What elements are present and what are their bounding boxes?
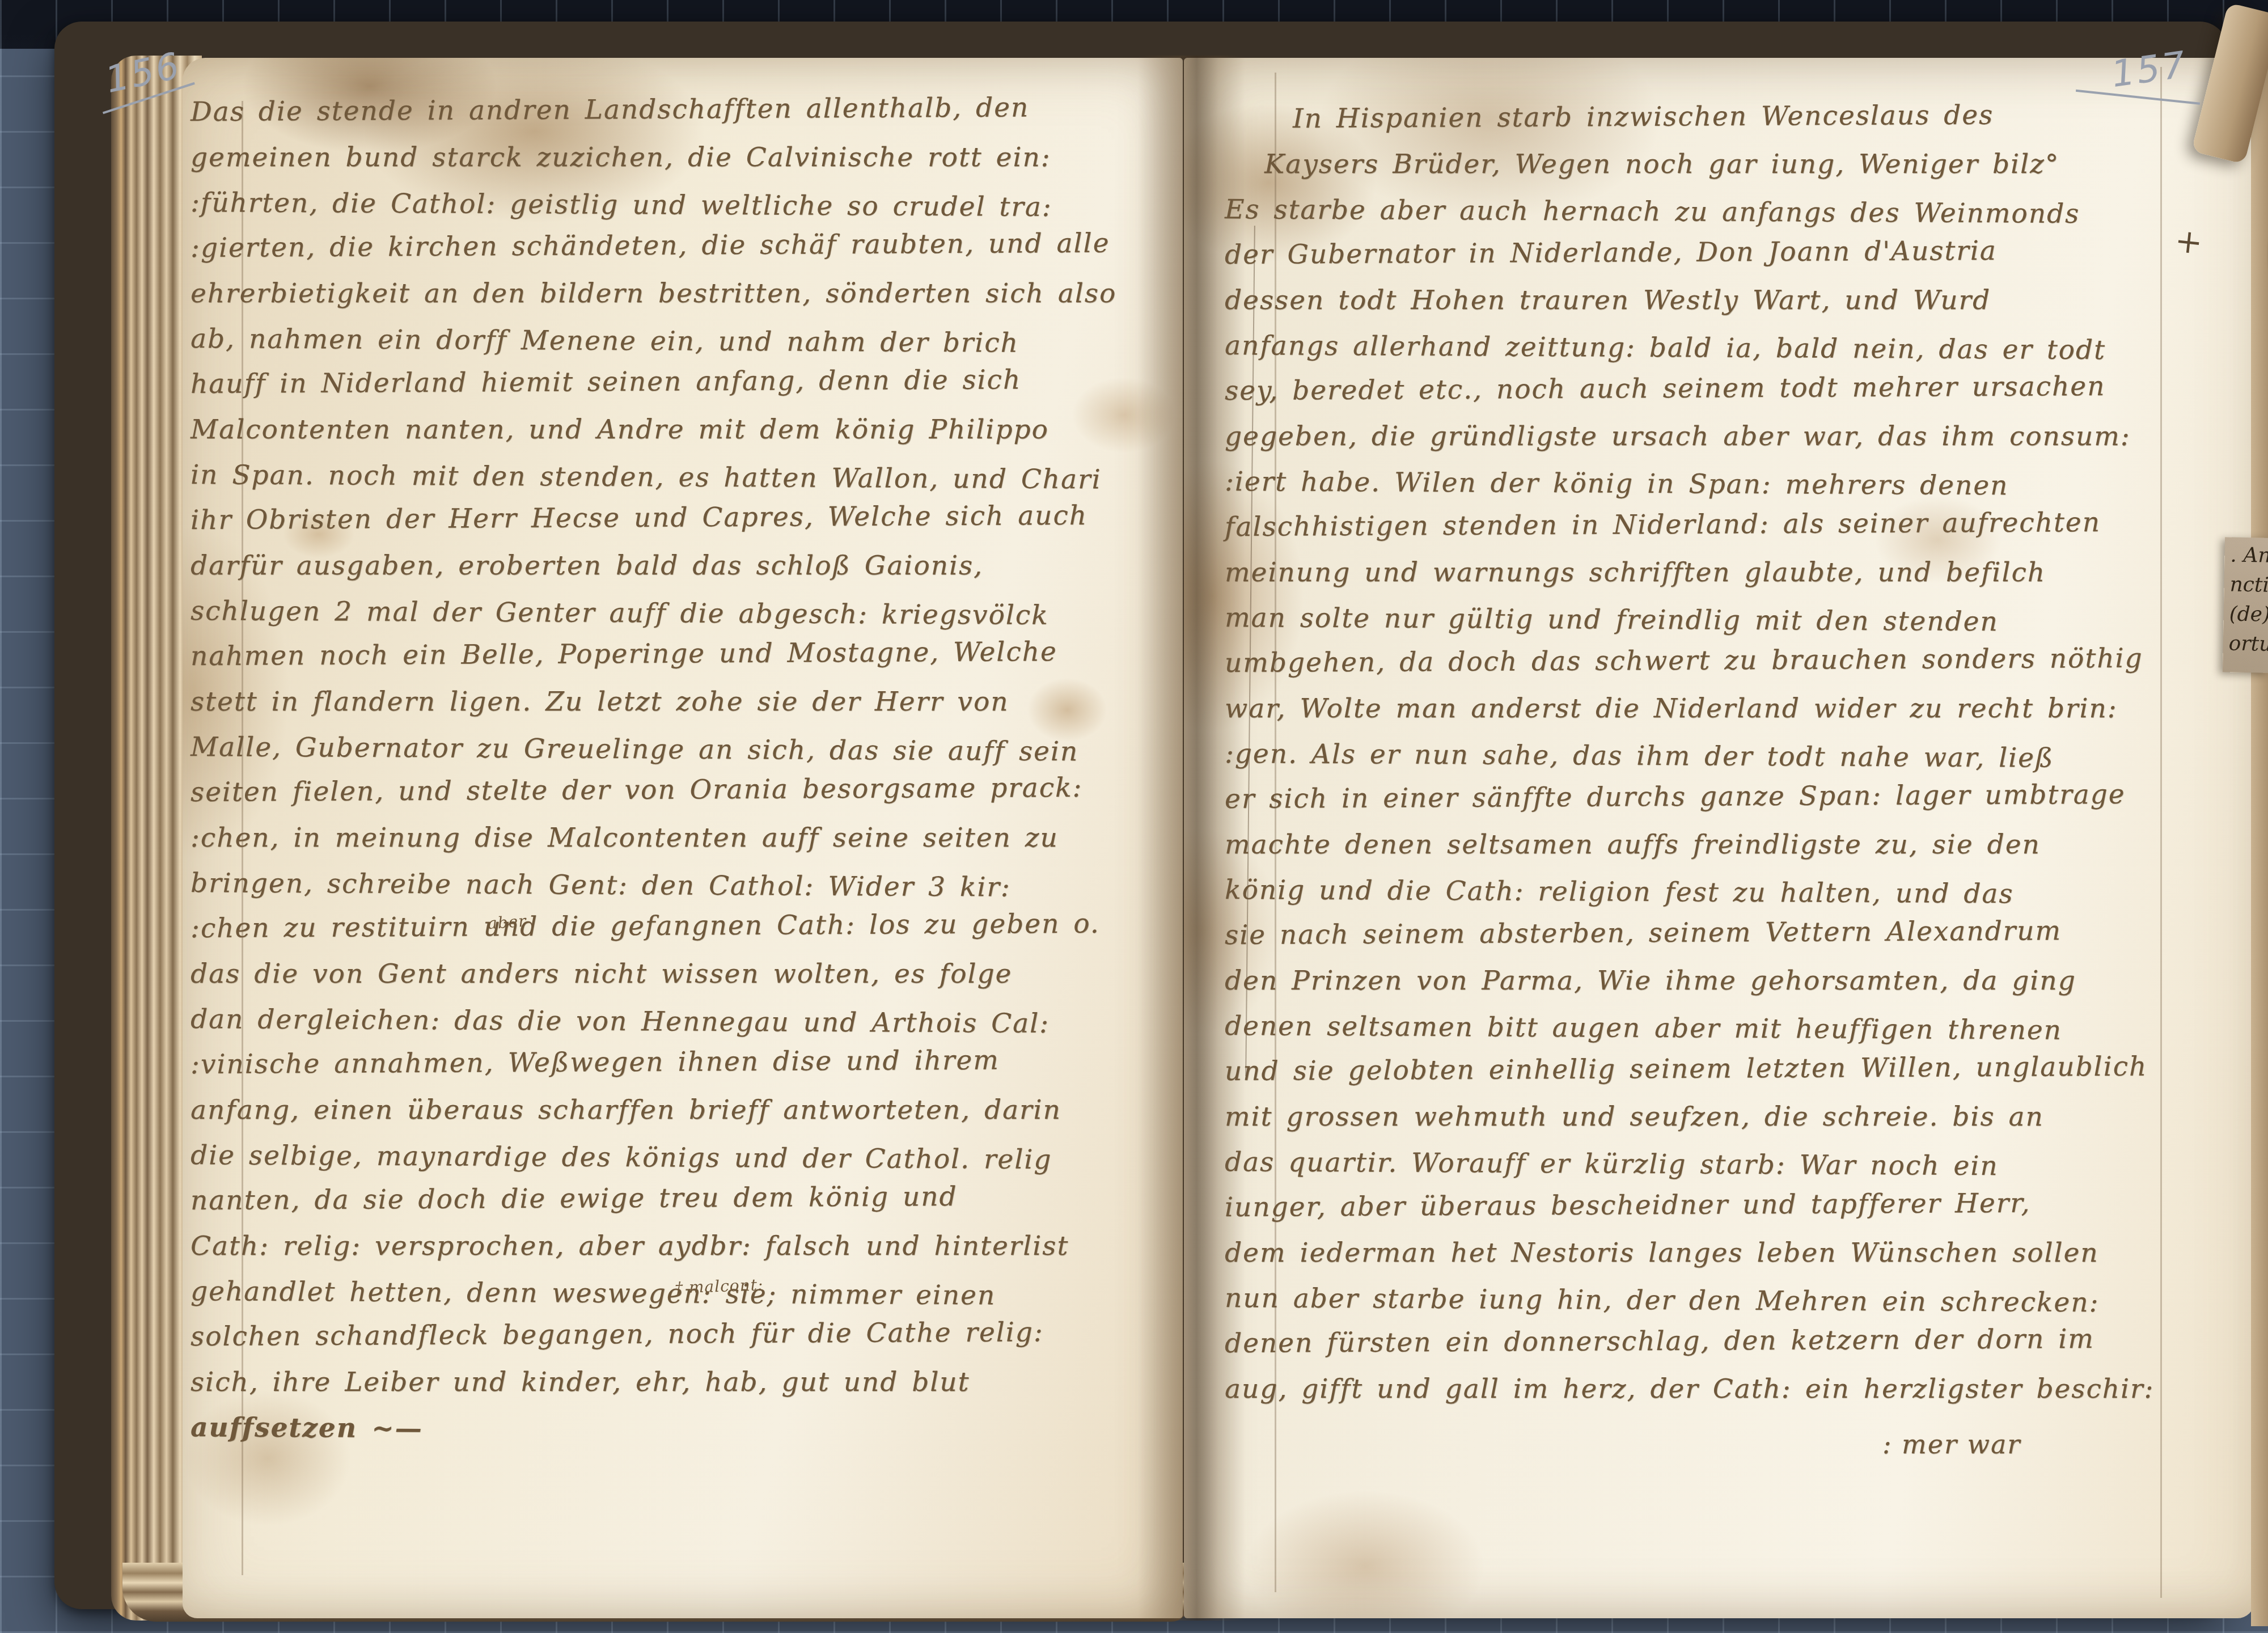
manuscript-line: iunger, aber überaus bescheidner und tap… xyxy=(1225,1180,2189,1230)
manuscript-line: sey, beredet etc., noch auch seinem todt… xyxy=(1225,363,2189,414)
manuscript-line: Das die stende in andren Landschafften a… xyxy=(191,84,1124,135)
tab-text-line: ncti xyxy=(2229,570,2268,600)
manuscript-line: Cath: relig: versprochen, aber aydbr: fa… xyxy=(191,1224,1124,1269)
manuscript-line: umbgehen, da doch das schwert zu brauche… xyxy=(1225,636,2189,686)
manuscript-text-left: Das die stende in andren Landschafften a… xyxy=(191,90,1124,1450)
manuscript-text-right: In Hispanien starb inzwischen Wenceslaus… xyxy=(1225,96,2189,1412)
manuscript-line: denen fürsten ein donnerschlag, den ketz… xyxy=(1225,1316,2189,1367)
manuscript-line: das die von Gent anders nicht wissen wol… xyxy=(191,951,1124,997)
manuscript-line: falschhistigen stenden in Niderland: als… xyxy=(1225,500,2189,550)
manuscript-line: Kaysers Brüder, Wegen noch gar iung, Wen… xyxy=(1264,142,2189,187)
manuscript-line: gemeinen bund starck zuzichen, die Calvi… xyxy=(191,135,1124,180)
tab-text-line: ortum̄ xyxy=(2228,629,2268,659)
index-margin-tab: . Andrncti(de)ortum̄ xyxy=(2223,537,2268,672)
manuscript-line: mit grossen wehmuth und seufzen, die sch… xyxy=(1225,1094,2189,1140)
manuscript-line: ihr Obristen der Herr Hecse und Capres, … xyxy=(191,493,1124,543)
manuscript-line: solchen schandfleck begangen, noch für d… xyxy=(191,1309,1124,1360)
manuscript-line: der Gubernator in Niderlande, Don Joann … xyxy=(1225,227,2189,278)
manuscript-line: und sie gelobten einhellig seinem letzte… xyxy=(1225,1044,2189,1094)
manuscript-line: nanten, da sie doch die ewige treu dem k… xyxy=(191,1173,1124,1224)
manuscript-line: er sich in einer sänffte durchs ganze Sp… xyxy=(1225,772,2189,822)
manuscript-line: anfang, einen überaus scharffen brieff a… xyxy=(191,1088,1124,1133)
manuscript-line: gegeben, die gründligste ursach aber war… xyxy=(1225,414,2189,459)
manuscript-line: sich, ihre Leiber und kinder, ehr, hab, … xyxy=(191,1360,1124,1405)
manuscript-line: nahmen noch ein Belle, Poperinge und Mos… xyxy=(191,629,1124,679)
manuscript-line: Malcontenten nanten, und Andre mit dem k… xyxy=(191,407,1124,452)
manuscript-line: :chen, in meinung dise Malcontenten auff… xyxy=(191,815,1124,861)
worn-fore-edge-right xyxy=(2251,68,2268,1626)
manuscript-line: sie nach seinem absterben, seinem Vetter… xyxy=(1225,908,2189,958)
manuscript-line: stett in flandern ligen. Zu letzt zohe s… xyxy=(191,679,1124,725)
manuscript-line: aug, gifft und gall im herz, der Cath: e… xyxy=(1225,1367,2189,1412)
manuscript-line: dessen todt Hohen trauren Westly Wart, u… xyxy=(1225,278,2189,323)
interline-note-aber: aber xyxy=(487,912,527,933)
manuscript-line: dem iederman het Nestoris langes leben W… xyxy=(1225,1230,2189,1276)
manuscript-line: hauff in Niderland hiemit seinen anfang,… xyxy=(191,357,1124,407)
manuscript-line: machte denen seltsamen auffs freindligst… xyxy=(1225,822,2189,868)
manuscript-line: seiten fielen, und stelte der von Orania… xyxy=(191,765,1124,815)
manuscript-line: :vinische annahmen, Weßwegen ihnen dise … xyxy=(191,1037,1124,1088)
manuscript-line: darfür ausgaben, eroberten bald das schl… xyxy=(191,543,1124,589)
manuscript-line: ehrerbietigkeit an den bildern bestritte… xyxy=(191,271,1124,316)
manuscript-line: war, Wolte man anderst die Niderland wid… xyxy=(1225,686,2189,731)
manuscript-line: meinung und warnungs schrifften glaubte,… xyxy=(1225,550,2189,595)
photo-of-open-manuscript: { "colors": { "mat_background": "#4c5a6e… xyxy=(0,0,2268,1633)
manuscript-line: den Prinzen von Parma, Wie ihme gehorsam… xyxy=(1225,958,2189,1004)
manuscript-line: auffsetzen ~— xyxy=(191,1405,1124,1456)
manuscript-line: :gierten, die kirchen schändeten, die sc… xyxy=(191,221,1124,271)
interline-note-malcontent: † malcont: xyxy=(674,1275,763,1297)
margin-cross-mark: + xyxy=(2173,221,2204,263)
manuscript-line: In Hispanien starb inzwischen Wenceslaus… xyxy=(1293,92,2189,142)
tab-text-line: (de) xyxy=(2229,599,2268,629)
tab-text-line: . Andr xyxy=(2230,540,2268,570)
catchword: : mer war xyxy=(1882,1429,2021,1459)
manuscript-line: :chen zu restituirn und die gefangnen Ca… xyxy=(191,901,1124,951)
